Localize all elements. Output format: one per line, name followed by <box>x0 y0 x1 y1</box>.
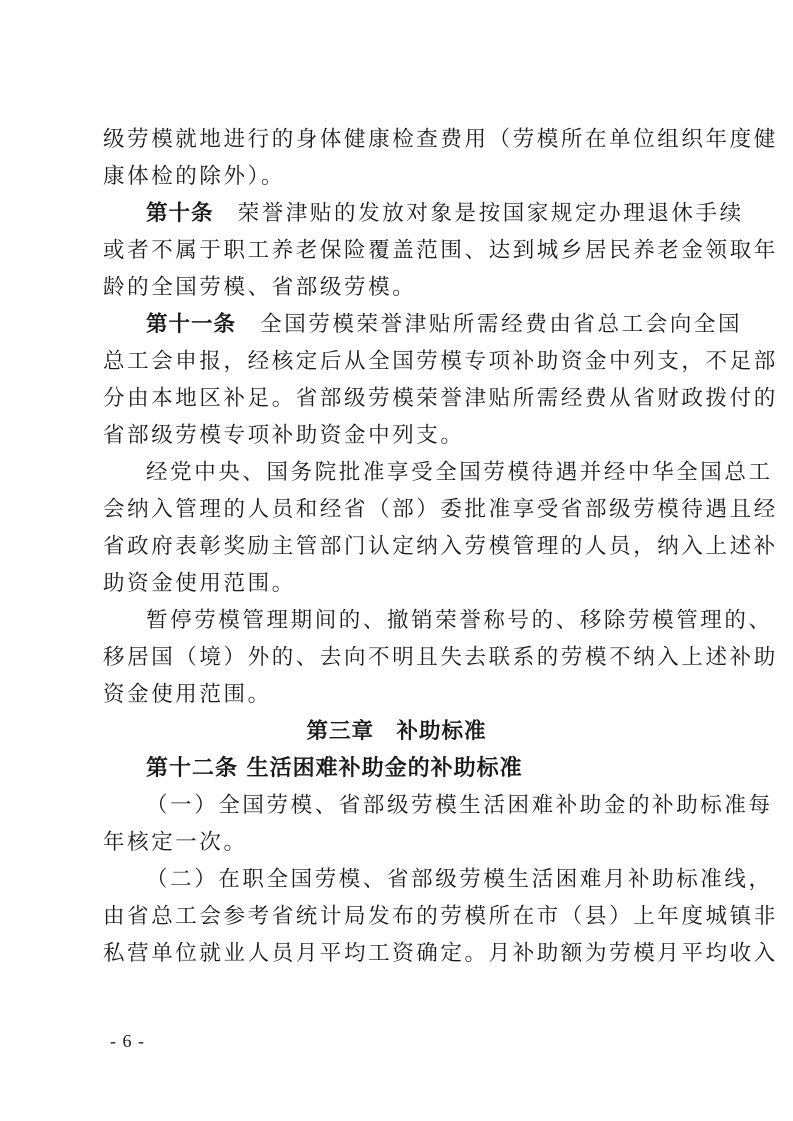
paragraph-line: 助资金使用范围。 <box>103 569 693 599</box>
page-number: - 6 - <box>110 1031 145 1052</box>
paragraph-line: 移居国（境）外的、去向不明且失去联系的劳模不纳入上述补助 <box>103 643 693 673</box>
paragraph-line: 分由本地区补足。省部级劳模荣誉津贴所需经费从省财政拨付的 <box>103 384 693 414</box>
paragraph-line: （一）全国劳模、省部级劳模生活困难补助金的补助标准每 <box>146 791 693 821</box>
paragraph-line: 龄的全国劳模、省部级劳模。 <box>103 273 693 303</box>
paragraph-line: 级劳模就地进行的身体健康检查费用（劳模所在单位组织年度健 <box>103 125 693 155</box>
article-11-text: 全国劳模荣誉津贴所需经费由省总工会向全国 <box>236 312 742 337</box>
chapter-heading: 第三章 补助标准 <box>0 717 793 747</box>
article-12-heading: 第十二条 生活困难补助金的补助标准 <box>146 754 693 784</box>
article-11-line: 第十一条 全国劳模荣誉津贴所需经费由省总工会向全国 <box>146 310 693 340</box>
paragraph-line: 资金使用范围。 <box>103 680 693 710</box>
paragraph-line: 由省总工会参考省统计局发布的劳模所在市（县）上年度城镇非 <box>103 902 693 932</box>
paragraph-line: 私营单位就业人员月平均工资确定。月补助额为劳模月平均收入 <box>103 939 693 969</box>
article-11-label: 第十一条 <box>146 312 236 337</box>
paragraph-line: 经党中央、国务院批准享受全国劳模待遇并经中华全国总工 <box>146 458 693 488</box>
paragraph-line: 暂停劳模管理期间的、撤销荣誉称号的、移除劳模管理的、 <box>146 606 693 636</box>
paragraph-line: 总工会申报，经核定后从全国劳模专项补助资金中列支，不足部 <box>103 347 693 377</box>
article-10-text: 荣誉津贴的发放对象是按国家规定办理退休手续 <box>214 201 744 226</box>
document-page: 级劳模就地进行的身体健康检查费用（劳模所在单位组织年度健 康体检的除外）。 第十… <box>0 0 793 1121</box>
paragraph-line: 省政府表彰奖励主管部门认定纳入劳模管理的人员，纳入上述补 <box>103 532 693 562</box>
article-10-label: 第十条 <box>146 201 214 226</box>
paragraph-line: 年核定一次。 <box>103 828 693 858</box>
paragraph-line: （二）在职全国劳模、省部级劳模生活困难月补助标准线， <box>146 865 693 895</box>
paragraph-line: 省部级劳模专项补助资金中列支。 <box>103 421 693 451</box>
paragraph-line: 或者不属于职工养老保险覆盖范围、达到城乡居民养老金领取年 <box>103 236 693 266</box>
paragraph-line: 会纳入管理的人员和经省（部）委批准享受省部级劳模待遇且经 <box>103 495 693 525</box>
paragraph-line: 康体检的除外）。 <box>103 162 693 192</box>
article-10-line: 第十条 荣誉津贴的发放对象是按国家规定办理退休手续 <box>146 199 693 229</box>
